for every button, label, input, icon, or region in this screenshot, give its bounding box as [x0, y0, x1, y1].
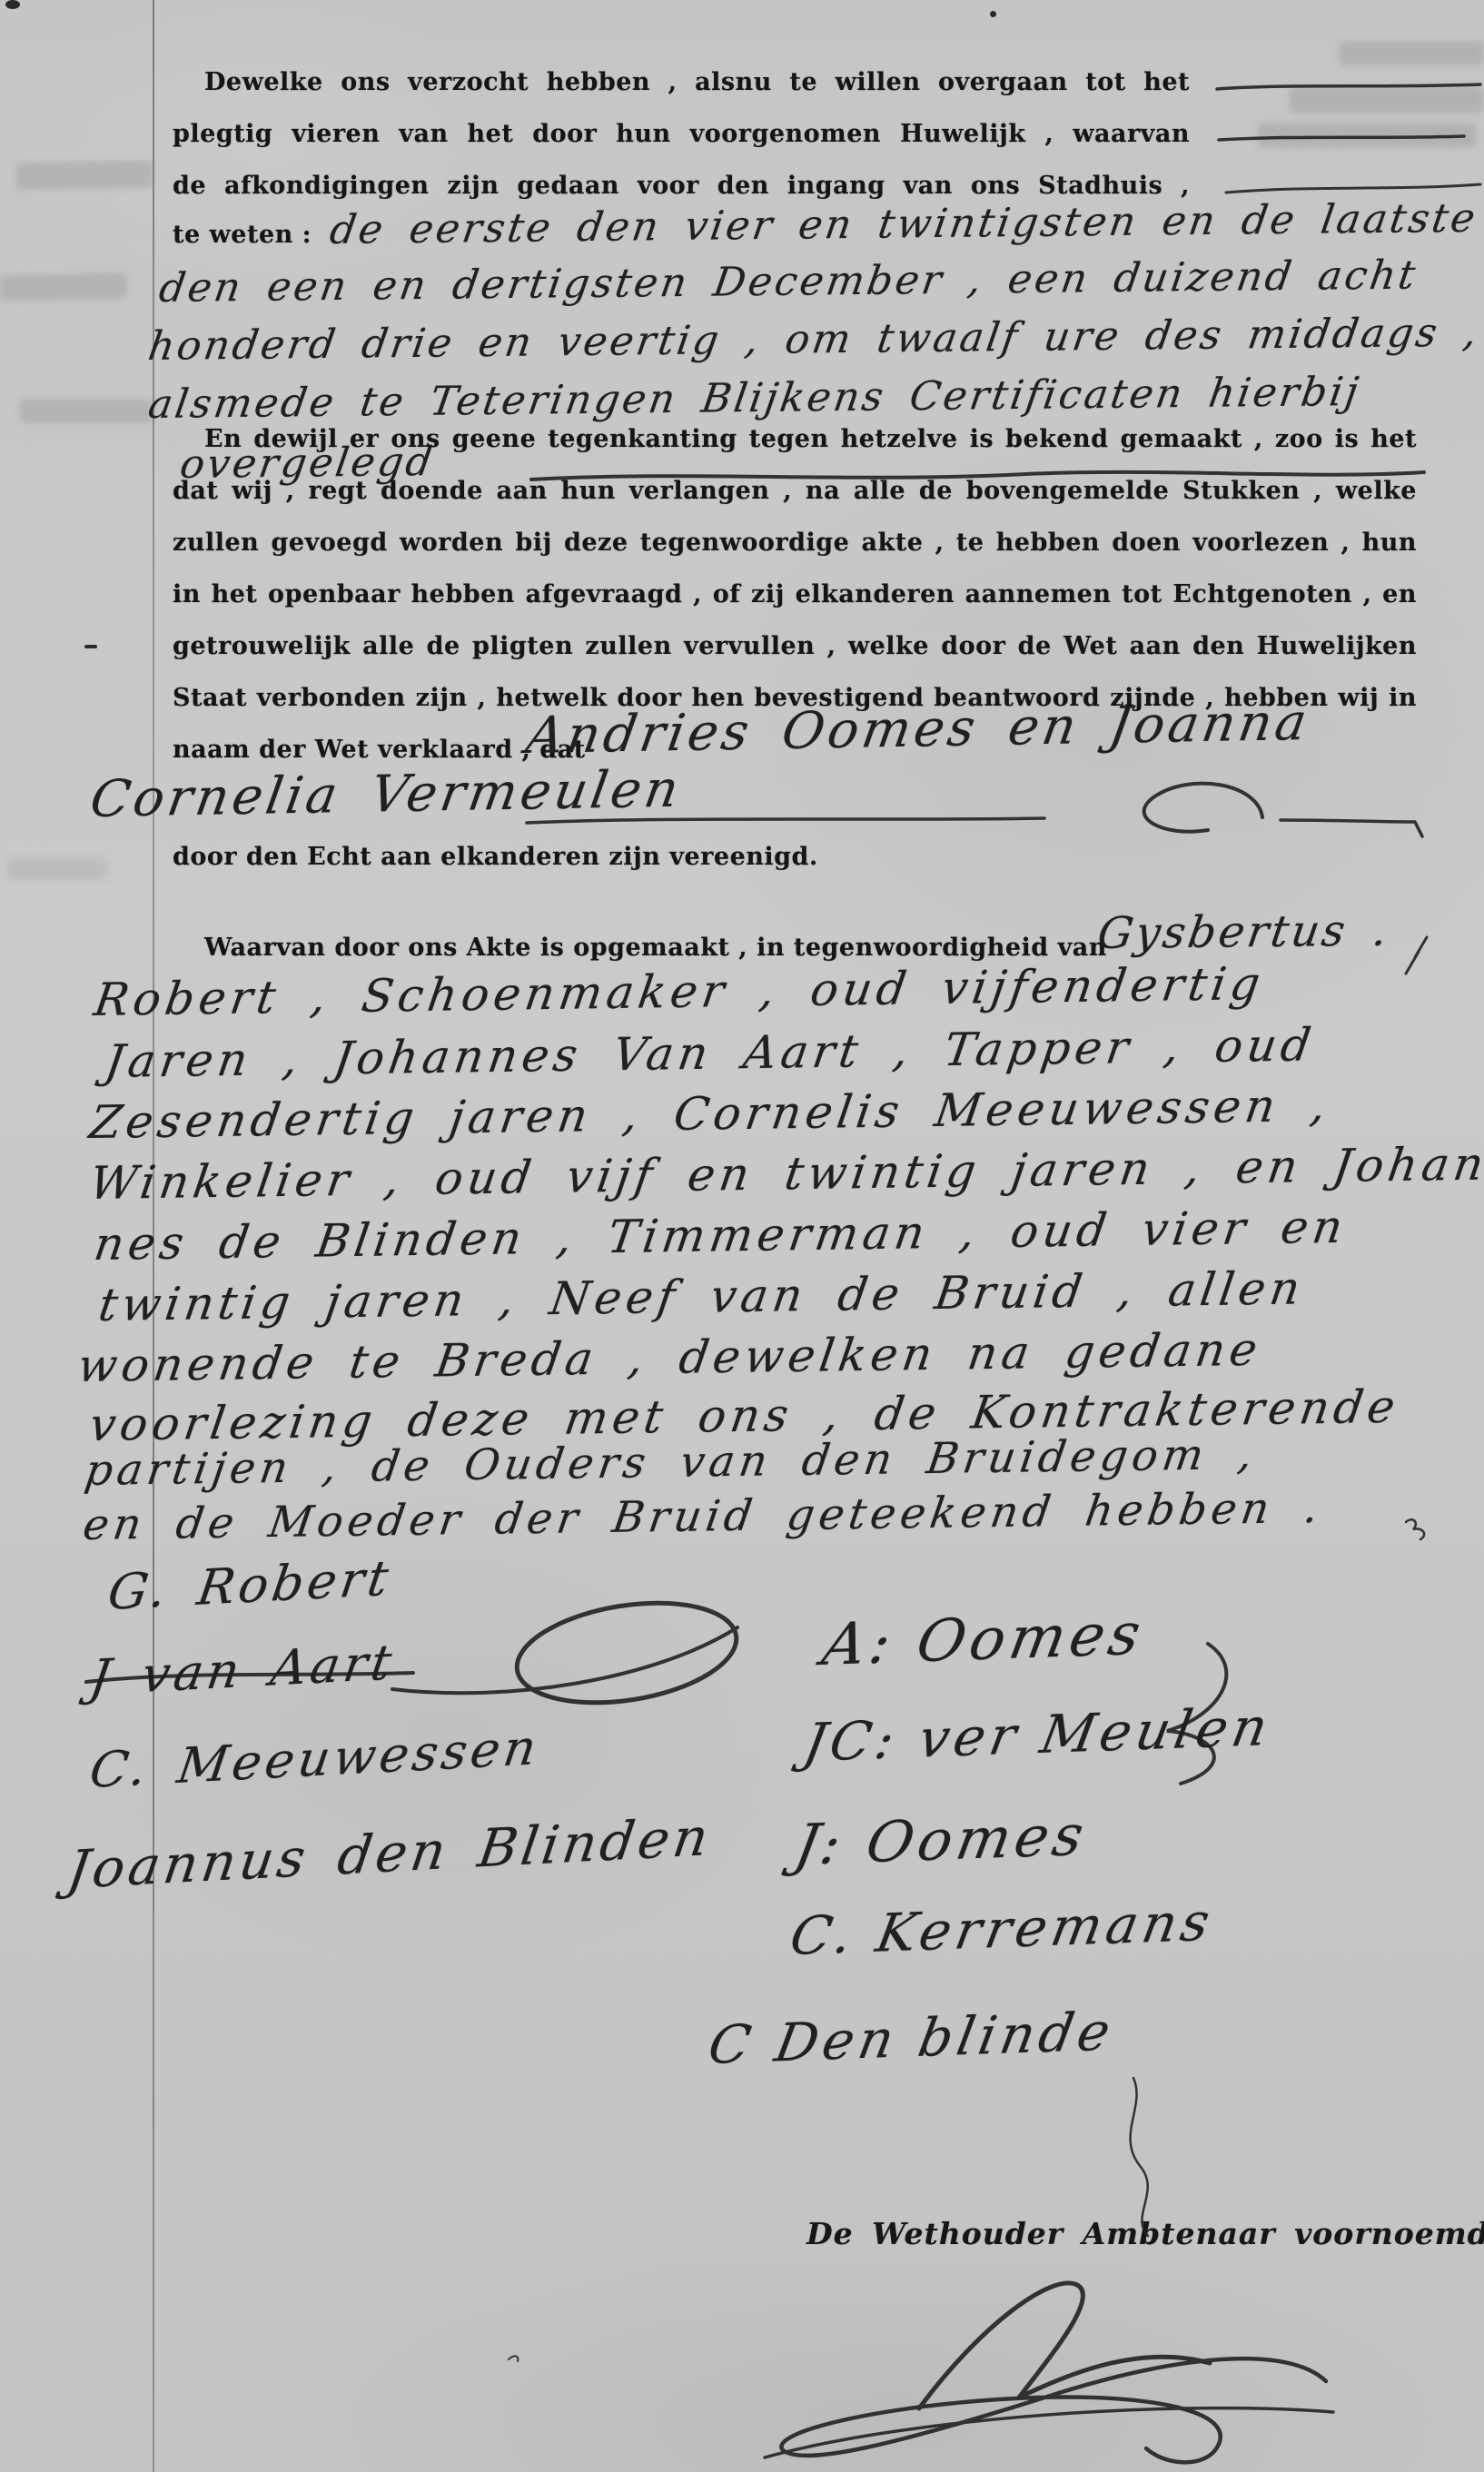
printed-line: dat wij , regt doende aan hun verlangen … [173, 477, 1417, 505]
bleedthrough-text [1258, 124, 1476, 147]
printed-line: getrouwelijk alle de pligten zullen verv… [173, 632, 1417, 660]
signature: A: Oomes [817, 1601, 1150, 1679]
officiant-title: De Wethouder Ambtenaar voornoemd , [806, 2216, 1484, 2251]
document-page: Dewelke ons verzocht hebben , alsnu te w… [0, 0, 1484, 2472]
handwritten-line: Zesendertig jaren , Cornelis Meeuwessen … [86, 1079, 1334, 1149]
handwritten-groom-bride-names: Andries Oomes en Joanna [522, 693, 1314, 766]
handwritten-groom-bride-names: Cornelia Vermeulen [86, 760, 686, 829]
printed-line: door den Echt aan elkanderen zijn vereen… [173, 843, 818, 871]
signature: Joannus den Blinden [64, 1805, 716, 1901]
printed-line: En dewijl er ons geene tegenkanting tege… [204, 425, 1417, 453]
signature: C Den blinde [704, 2001, 1120, 2076]
printed-line: de afkondigingen zijn gedaan voor den in… [173, 172, 1190, 200]
signature: JC: ver Meulen [799, 1696, 1277, 1774]
signature: C. Kerremans [786, 1891, 1219, 1967]
bleedthrough-text [1290, 87, 1484, 113]
handwritten-line: Winkelier , oud vijf en twintig jaren , … [86, 1137, 1484, 1210]
handwritten-line: Jaren , Johannes Van Aart , Tapper , oud [102, 1018, 1319, 1088]
bleedthrough-text [7, 858, 107, 880]
printed-line: te weten : [173, 221, 312, 249]
signature: C. Meeuwessen [86, 1718, 543, 1799]
ink-speck [5, 0, 20, 9]
handwritten-line: alsmede te Teteringen Blijkens Certifica… [145, 369, 1364, 428]
ink-speck [84, 645, 97, 648]
handwritten-line: twintig jaren , Neef van de Bruid , alle… [95, 1262, 1308, 1331]
bleedthrough-text [20, 400, 153, 423]
signature: J: Oomes [790, 1802, 1093, 1878]
printed-line: plegtig vieren van het door hun voorgeno… [173, 120, 1190, 148]
printed-line: zullen gevoegd worden bij deze tegenwoor… [173, 529, 1417, 557]
printed-line: in het openbaar hebben afgevraagd , of z… [173, 580, 1417, 608]
bleedthrough-text [0, 273, 127, 301]
handwritten-line: honderd drie en veertig , om twaalf ure … [145, 310, 1483, 370]
bleedthrough-text [1340, 42, 1484, 65]
handwritten-line: Gysbertus . [1094, 905, 1393, 959]
handwritten-line: nes de Blinden , Timmerman , oud vier en [91, 1201, 1350, 1271]
handwritten-line: den een en dertigsten December , een dui… [156, 252, 1420, 311]
handwritten-line: de eerste den vier en twintigsten en de … [327, 195, 1480, 253]
handwritten-line: wonende te Breda , dewelken na gedane [74, 1323, 1265, 1392]
printed-line: Dewelke ons verzocht hebben , alsnu te w… [204, 68, 1190, 96]
handwritten-line: Robert , Schoenmaker , oud vijfendertig [91, 957, 1268, 1026]
signature: G. Robert [104, 1549, 395, 1621]
ink-speck [990, 11, 996, 17]
bleedthrough-text [16, 161, 153, 191]
printed-line: Waarvan door ons Akte is opgemaakt , in … [204, 934, 1107, 962]
signature: J van Aart [86, 1634, 399, 1706]
